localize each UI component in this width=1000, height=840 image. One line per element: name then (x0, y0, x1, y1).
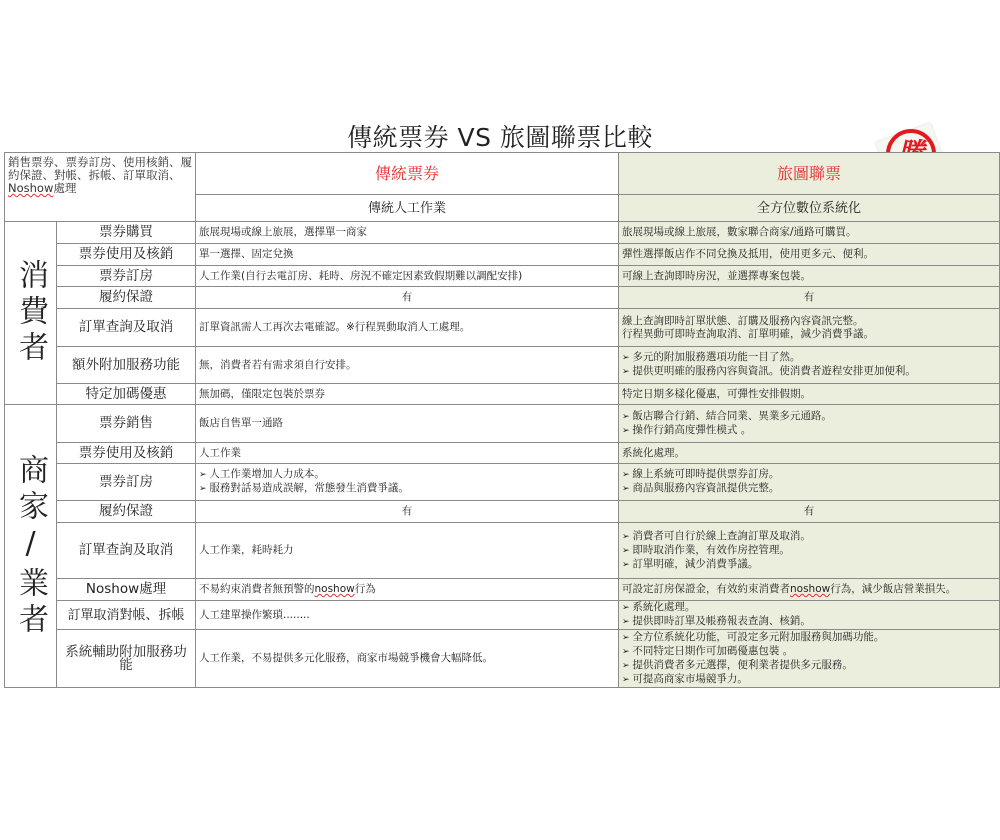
row-item-label: 訂單查詢及取消 (57, 523, 196, 579)
bullet-line: 不同特定日期作可加碼優惠包裝 。 (622, 645, 996, 659)
row-item-label: 票券訂房 (57, 464, 196, 501)
traditional-cell: 人工作業 (196, 443, 619, 464)
table-row: 額外附加服務功能無，消費者若有需求須自行安排。多元的附加服務選項功能一目了然。提… (5, 347, 1000, 384)
traditional-cell: 飯店自售單一通路 (196, 405, 619, 443)
lvtu-cell: 飯店聯合行銷、結合同業、異業多元通路。操作行銷高度彈性模式 。 (619, 405, 1000, 443)
table-row: 票券使用及核銷人工作業系統化處理。 (5, 443, 1000, 464)
table-row: Noshow處理不易約束消費者無預警的noshow行為可設定訂房保證金，有效約束… (5, 579, 1000, 601)
lvtu-cell: 系統化處理。提供即時訂單及帳務報表查詢、核銷。 (619, 601, 1000, 630)
spellcheck-word: noshow (315, 583, 355, 595)
lvtu-cell: 消費者可自行於線上查詢訂單及取消。即時取消作業，有效作房控管理。訂單明確，減少消… (619, 523, 1000, 579)
bullet-line: 多元的附加服務選項功能一目了然。 (622, 351, 996, 365)
cell-text: 人工建單操作繁瑣........ (199, 609, 615, 622)
traditional-cell: 無加碼，僅限定包裝於票券 (196, 384, 619, 405)
bullet-line: 系統化處理。 (622, 601, 996, 615)
row-item-label: 票券使用及核銷 (57, 244, 196, 266)
cell-text: 有 (622, 505, 996, 518)
row-item-label: Noshow處理 (57, 579, 196, 601)
bullet-line: 操作行銷高度彈性模式 。 (622, 424, 996, 438)
lvtu-cell: 線上查詢即時訂單狀態、訂購及服務內容資訊完整。行程異動可即時查詢取消、訂單明確，… (619, 309, 1000, 347)
traditional-cell: 訂單資訊需人工再次去電確認。※行程異動取消人工處理。 (196, 309, 619, 347)
bullet-line: 人工作業增加人力成本。 (199, 468, 615, 482)
bullet-line: 提供更明確的服務內容與資訊。使消費者遊程安排更加便利。 (622, 365, 996, 379)
cell-text: 無加碼，僅限定包裝於票券 (199, 388, 615, 401)
cell-text: 線上查詢即時訂單狀態、訂購及服務內容資訊完整。 (622, 315, 996, 328)
table-row: 商家/業者票券銷售飯店自售單一通路飯店聯合行銷、結合同業、異業多元通路。操作行銷… (5, 405, 1000, 443)
row-item-label: 票券購買 (57, 222, 196, 244)
cell-text: 不易約束消費者無預警的noshow行為 (199, 583, 615, 596)
traditional-cell: 人工作業增加人力成本。服務對話易造成誤解，常態發生消費爭議。 (196, 464, 619, 501)
cell-text: 無，消費者若有需求須自行安排。 (199, 359, 615, 372)
header-lvtu: 旅圖聯票 (619, 153, 1000, 195)
lvtu-cell: 線上系統可即時提供票券訂房。商品與服務內容資訊提供完整。 (619, 464, 1000, 501)
cell-text: 特定日期多樣化優惠，可彈性安排假期。 (622, 388, 996, 401)
table-row: 履約保證有有 (5, 287, 1000, 309)
lvtu-cell: 特定日期多樣化優惠，可彈性安排假期。 (619, 384, 1000, 405)
traditional-cell: 人工建單操作繁瑣........ (196, 601, 619, 630)
cell-text: 可設定訂房保證金，有效約束消費者noshow行為，減少飯店營業損失。 (622, 583, 996, 596)
cell-text: 有 (622, 291, 996, 304)
cell-text: 單一選擇、固定兌換 (199, 248, 615, 261)
bullet-line: 線上系統可即時提供票券訂房。 (622, 468, 996, 482)
row-item-label: 訂單查詢及取消 (57, 309, 196, 347)
row-item-label: 履約保證 (57, 287, 196, 309)
page-title: 傳統票券 VS 旅圖聯票比較 (0, 118, 1000, 154)
category-consumer: 消費者 (5, 222, 57, 405)
cell-text: 人工作業，不易提供多元化服務，商家市場競爭機會大幅降低。 (199, 652, 615, 665)
row-item-label: 特定加碼優惠 (57, 384, 196, 405)
traditional-cell: 不易約束消費者無預警的noshow行為 (196, 579, 619, 601)
traditional-cell: 人工作業(自行去電訂房、耗時、房況不確定因素致假期難以調配安排) (196, 266, 619, 287)
traditional-cell: 旅展現場或線上旅展，選擇單一商家 (196, 222, 619, 244)
row-item-label: 票券使用及核銷 (57, 443, 196, 464)
table-row: 訂單取消對帳、拆帳人工建單操作繁瑣........系統化處理。提供即時訂單及帳務… (5, 601, 1000, 630)
cell-text: 有 (199, 291, 615, 304)
bullet-line: 飯店聯合行銷、結合同業、異業多元通路。 (622, 410, 996, 424)
table-row: 消費者票券購買旅展現場或線上旅展，選擇單一商家旅展現場或線上旅展，數家聯合商家/… (5, 222, 1000, 244)
row-item-label: 票券銷售 (57, 405, 196, 443)
table-row: 訂單查詢及取消人工作業，耗時耗力消費者可自行於線上查詢訂單及取消。即時取消作業，… (5, 523, 1000, 579)
lvtu-cell: 旅展現場或線上旅展，數家聯合商家/通路可購買。 (619, 222, 1000, 244)
consumer-section: 消費者票券購買旅展現場或線上旅展，選擇單一商家旅展現場或線上旅展，數家聯合商家/… (5, 222, 1000, 405)
lvtu-cell: 有 (619, 501, 1000, 523)
cell-text: 可線上查詢即時房況，並選擇專案包裝。 (622, 270, 996, 283)
bullet-line: 訂單明確，減少消費爭議。 (622, 558, 996, 572)
cell-text: 飯店自售單一通路 (199, 417, 615, 430)
traditional-cell: 有 (196, 501, 619, 523)
cell-text: 行程異動可即時查詢取消、訂單明確，減少消費爭議。 (622, 328, 996, 341)
cell-text: 彈性選擇飯店作不同兌換及抵用，使用更多元、便利。 (622, 248, 996, 261)
cell-text: 系統化處理。 (622, 447, 996, 460)
traditional-cell: 有 (196, 287, 619, 309)
bullet-line: 即時取消作業，有效作房控管理。 (622, 544, 996, 558)
table-row: 票券訂房人工作業增加人力成本。服務對話易造成誤解，常態發生消費爭議。線上系統可即… (5, 464, 1000, 501)
table-row: 特定加碼優惠無加碼，僅限定包裝於票券特定日期多樣化優惠，可彈性安排假期。 (5, 384, 1000, 405)
comparison-table: 銷售票券、票券訂房、使用核銷、履約保證、對帳、拆帳、訂單取消、Noshow處理 … (4, 152, 1000, 688)
row-item-label: 額外附加服務功能 (57, 347, 196, 384)
table-row: 履約保證有有 (5, 501, 1000, 523)
cell-text: 人工作業 (199, 447, 615, 460)
spellcheck-word: noshow (790, 583, 830, 595)
bullet-line: 全方位系統化功能，可設定多元附加服務與加碼功能。 (622, 631, 996, 645)
bullet-line: 可提高商家市場競爭力。 (622, 673, 996, 687)
subheader-lvtu: 全方位數位系統化 (619, 195, 1000, 222)
subheader-traditional: 傳統人工作業 (196, 195, 619, 222)
row-item-label: 票券訂房 (57, 266, 196, 287)
lvtu-cell: 可設定訂房保證金，有效約束消費者noshow行為，減少飯店營業損失。 (619, 579, 1000, 601)
cell-text: 訂單資訊需人工再次去電確認。※行程異動取消人工處理。 (199, 321, 615, 334)
category-merchant: 商家/業者 (5, 405, 57, 688)
bullet-line: 服務對話易造成誤解，常態發生消費爭議。 (199, 482, 615, 496)
table-row: 系統輔助附加服務功能人工作業，不易提供多元化服務，商家市場競爭機會大幅降低。全方… (5, 630, 1000, 688)
table-row: 訂單查詢及取消訂單資訊需人工再次去電確認。※行程異動取消人工處理。線上查詢即時訂… (5, 309, 1000, 347)
bullet-line: 商品與服務內容資訊提供完整。 (622, 482, 996, 496)
row-item-label: 履約保證 (57, 501, 196, 523)
cell-text: 人工作業(自行去電訂房、耗時、房況不確定因素致假期難以調配安排) (199, 270, 615, 283)
cell-text: 有 (199, 505, 615, 518)
traditional-cell: 無，消費者若有需求須自行安排。 (196, 347, 619, 384)
table-row: 票券使用及核銷單一選擇、固定兌換彈性選擇飯店作不同兌換及抵用，使用更多元、便利。 (5, 244, 1000, 266)
lvtu-cell: 系統化處理。 (619, 443, 1000, 464)
lvtu-cell: 有 (619, 287, 1000, 309)
traditional-cell: 單一選擇、固定兌換 (196, 244, 619, 266)
bullet-line: 消費者可自行於線上查詢訂單及取消。 (622, 530, 996, 544)
lvtu-cell: 全方位系統化功能，可設定多元附加服務與加碼功能。不同特定日期作可加碼優惠包裝 。… (619, 630, 1000, 688)
row-item-label: 系統輔助附加服務功能 (57, 630, 196, 688)
bullet-line: 提供消費者多元選擇，便利業者提供多元服務。 (622, 659, 996, 673)
header-description: 銷售票券、票券訂房、使用核銷、履約保證、對帳、拆帳、訂單取消、Noshow處理 (5, 153, 196, 222)
bullet-line: 提供即時訂單及帳務報表查詢、核銷。 (622, 615, 996, 629)
traditional-cell: 人工作業，不易提供多元化服務，商家市場競爭機會大幅降低。 (196, 630, 619, 688)
table-row: 票券訂房人工作業(自行去電訂房、耗時、房況不確定因素致假期難以調配安排)可線上查… (5, 266, 1000, 287)
lvtu-cell: 多元的附加服務選項功能一目了然。提供更明確的服務內容與資訊。使消費者遊程安排更加… (619, 347, 1000, 384)
lvtu-cell: 可線上查詢即時房況，並選擇專案包裝。 (619, 266, 1000, 287)
merchant-section: 商家/業者票券銷售飯店自售單一通路飯店聯合行銷、結合同業、異業多元通路。操作行銷… (5, 405, 1000, 688)
cell-text: 旅展現場或線上旅展，數家聯合商家/通路可購買。 (622, 226, 996, 239)
traditional-cell: 人工作業，耗時耗力 (196, 523, 619, 579)
cell-text: 人工作業，耗時耗力 (199, 544, 615, 557)
header-traditional: 傳統票券 (196, 153, 619, 195)
cell-text: 旅展現場或線上旅展，選擇單一商家 (199, 226, 615, 239)
row-item-label: 訂單取消對帳、拆帳 (57, 601, 196, 630)
lvtu-cell: 彈性選擇飯店作不同兌換及抵用，使用更多元、便利。 (619, 244, 1000, 266)
